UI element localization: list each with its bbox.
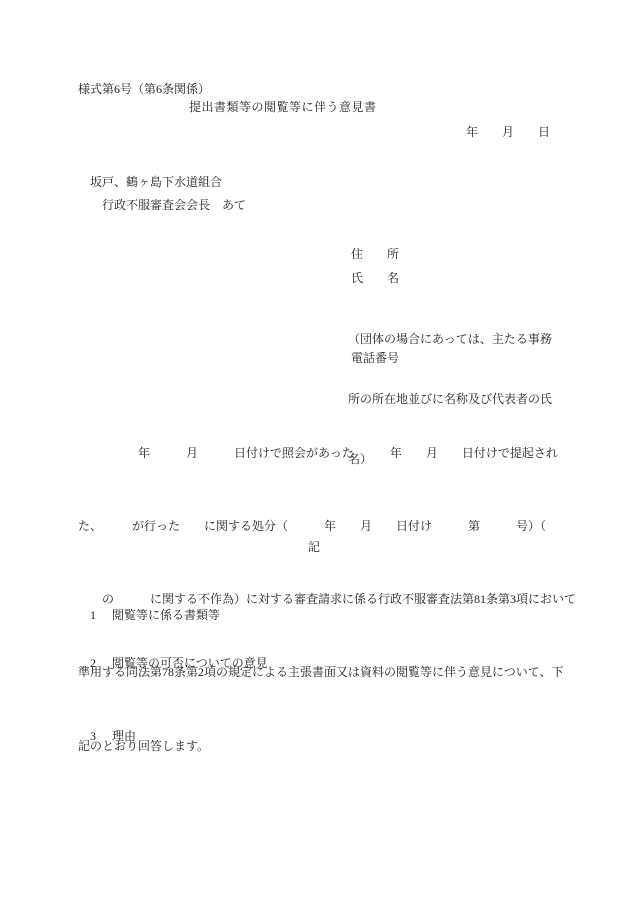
item-3-label: 理由 — [112, 729, 136, 743]
addressee-organization: 坂戸、鶴ヶ島下水道組合 — [90, 174, 222, 191]
item-3-number: 3 — [90, 728, 112, 745]
form-number: 様式第6号（第6条関係） — [78, 81, 210, 98]
document-title: 提出書類等の閲覧等に伴う意見書 — [189, 99, 377, 116]
list-item-1: 1閲覧等に係る書類等 — [78, 590, 220, 641]
sender-name-label: 氏 名 — [351, 270, 399, 287]
body-line: た、 が行った に関する処分（ 年 月 日付け 第 号）（ — [78, 514, 588, 538]
list-item-3: 3理由 — [78, 711, 136, 762]
list-item-2: 2閲覧等の可否についての意見 — [78, 638, 268, 689]
addressee-title: 行政不服審査会会長 あて — [102, 197, 246, 214]
ki-heading: 記 — [308, 539, 320, 556]
sender-note-line: （団体の場合にあっては、主たる事務 — [348, 329, 552, 349]
sender-phone-label: 電話番号 — [351, 350, 399, 367]
sender-address-label: 住 所 — [351, 246, 399, 263]
body-line: 記のとおり回答します。 — [78, 734, 588, 758]
date-line: 年 月 日 — [466, 124, 550, 141]
body-line: 年 月 日付けで照会があった 年 月 日付けで提起され — [78, 441, 588, 465]
document-page: 様式第6号（第6条関係） 提出書類等の閲覧等に伴う意見書 年 月 日 坂戸、鶴ヶ… — [0, 0, 630, 903]
item-2-number: 2 — [90, 655, 112, 672]
item-1-number: 1 — [90, 607, 112, 624]
item-2-label: 閲覧等の可否についての意見 — [112, 656, 268, 670]
item-1-label: 閲覧等に係る書類等 — [112, 608, 220, 622]
